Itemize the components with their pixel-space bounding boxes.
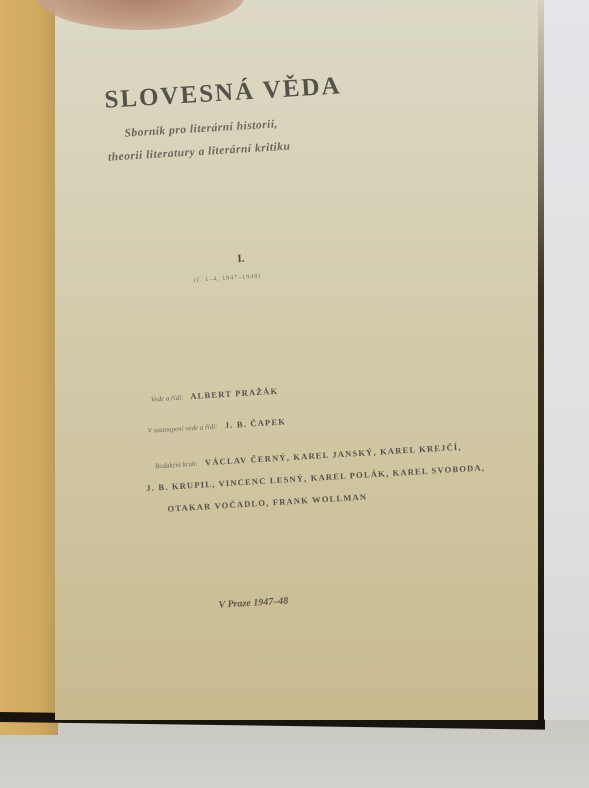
editor-line: Vede a řídí: ALBERT PRAŽÁK — [151, 386, 279, 404]
volume-number: I. — [237, 253, 245, 265]
subtitle-line-2: theorii literatury a literární kritiku — [108, 141, 291, 164]
editor-name: ALBERT PRAŽÁK — [190, 386, 279, 401]
subtitle-line-1: Sborník pro literární historii, — [124, 118, 278, 139]
imprint: V Praze 1947–48 — [218, 596, 288, 611]
coeditor-label: V zastoupení vede a řídí: — [148, 423, 218, 435]
volume-info: (č. 1–4, 1947–1948) — [194, 274, 262, 284]
editor-label: Vede a řídí: — [151, 394, 184, 404]
coeditor-line: V zastoupení vede a řídí: J. B. ČAPEK — [147, 416, 286, 434]
coeditor-name: J. B. ČAPEK — [224, 416, 286, 430]
board-label: Redakční kruh: — [155, 460, 198, 471]
title-page: SLOVESNÁ VĚDA Sborník pro literární hist… — [55, 0, 538, 720]
board-line-3: OTAKAR VOČADLO, FRANK WOLLMAN — [167, 492, 367, 514]
book-title: SLOVESNÁ VĚDA — [104, 72, 343, 114]
board-names-1: VÁCLAV ČERNÝ, KAREL JANSKÝ, KAREL KREJČÍ… — [205, 442, 462, 468]
title-page-content: SLOVESNÁ VĚDA Sborník pro literární hist… — [37, 0, 563, 731]
